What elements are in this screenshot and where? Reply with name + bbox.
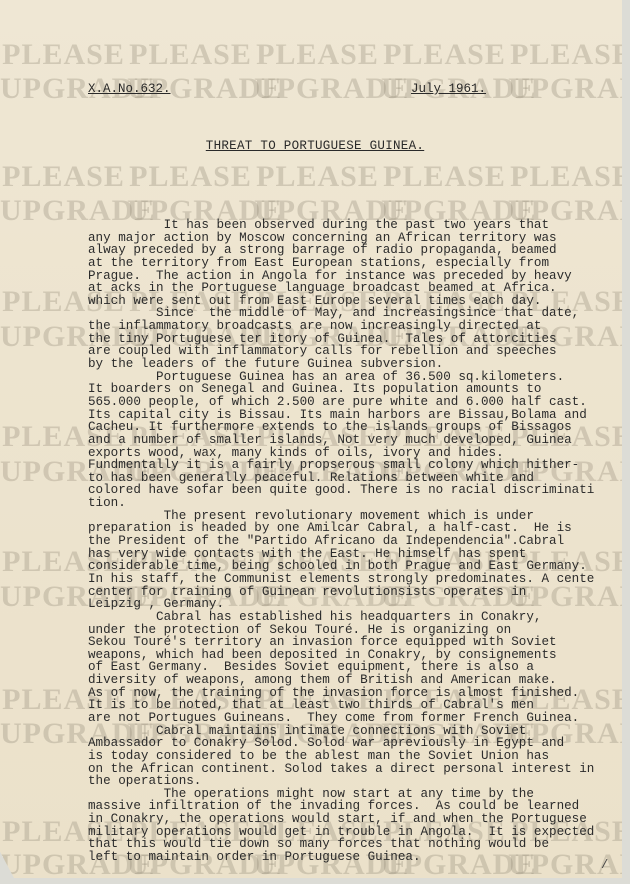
text-line: is today considered to be the ablest man… <box>88 750 608 763</box>
watermark-text: PLEASE <box>127 160 254 194</box>
reference-number: X.A.No.632. <box>88 82 171 96</box>
text-line: Ambassador to Conakry Solod. Solod war a… <box>88 737 608 750</box>
text-line: Fundmentally it is a fairly propserous s… <box>88 459 608 472</box>
document-title: THREAT TO PORTUGUESE GUINEA. <box>0 139 630 153</box>
document-date: July 1961. <box>411 82 486 96</box>
text-line: at the territory from East European stat… <box>88 257 608 270</box>
text-line: 565.000 people, of which 2.500 are pure … <box>88 396 608 409</box>
margin-mark: / <box>601 858 608 872</box>
watermark-text: PLEASE <box>381 38 508 72</box>
text-line: It has been observed during the past two… <box>88 219 608 232</box>
watermark-text: PLEASE <box>0 160 127 194</box>
text-line: are not Portugues Guineans. They come fr… <box>88 712 608 725</box>
text-line: by the leaders of the future Guinea subv… <box>88 358 608 371</box>
watermark-please-row: PLEASEPLEASEPLEASEPLEASEPLEASE <box>0 38 630 72</box>
text-line: the inflammatory broadcasts are now incr… <box>88 320 608 333</box>
watermark-text: PLEASE <box>254 38 381 72</box>
document-body: It has been observed during the past two… <box>88 219 608 864</box>
watermark-text: PLEASE <box>127 38 254 72</box>
text-line: diversity of weapons, among them of Brit… <box>88 674 608 687</box>
text-line: colored have sofar been quite good. Ther… <box>88 484 608 497</box>
watermark-text: UPGRADE <box>508 72 630 106</box>
watermark-please-row: PLEASEPLEASEPLEASEPLEASEPLEASE <box>0 160 630 194</box>
text-line: Leipzig , Germany. <box>88 598 608 611</box>
text-line: the President of the "Partido Africano d… <box>88 535 608 548</box>
text-line: tion. <box>88 497 608 510</box>
watermark-text: PLEASE <box>254 160 381 194</box>
watermark-text: UPGRADE <box>254 72 381 106</box>
text-line: and a number of smaller islands, Not ver… <box>88 434 608 447</box>
text-line: Cabral has established his headquarters … <box>88 611 608 624</box>
text-line: at acks in the Portuguese language broad… <box>88 282 608 295</box>
text-line: In his staff, the Communist elements str… <box>88 573 608 586</box>
text-line: Cacheu. It furthermore extends to the is… <box>88 421 608 434</box>
watermark-text: PLEASE <box>381 160 508 194</box>
text-line: Sekou Touré's territory an invasion forc… <box>88 636 608 649</box>
document-page: PLEASEPLEASEPLEASEPLEASEPLEASE UPGRADEUP… <box>0 0 622 878</box>
text-line: the operations. <box>88 775 608 788</box>
watermark-text: PLEASE <box>0 38 127 72</box>
watermark-text: PLEASE <box>508 38 630 72</box>
text-line: in Conakry, the operations would start, … <box>88 813 608 826</box>
watermark-text: PLEASE <box>508 160 630 194</box>
text-line: left to maintain order in Portuguese Gui… <box>88 851 608 864</box>
